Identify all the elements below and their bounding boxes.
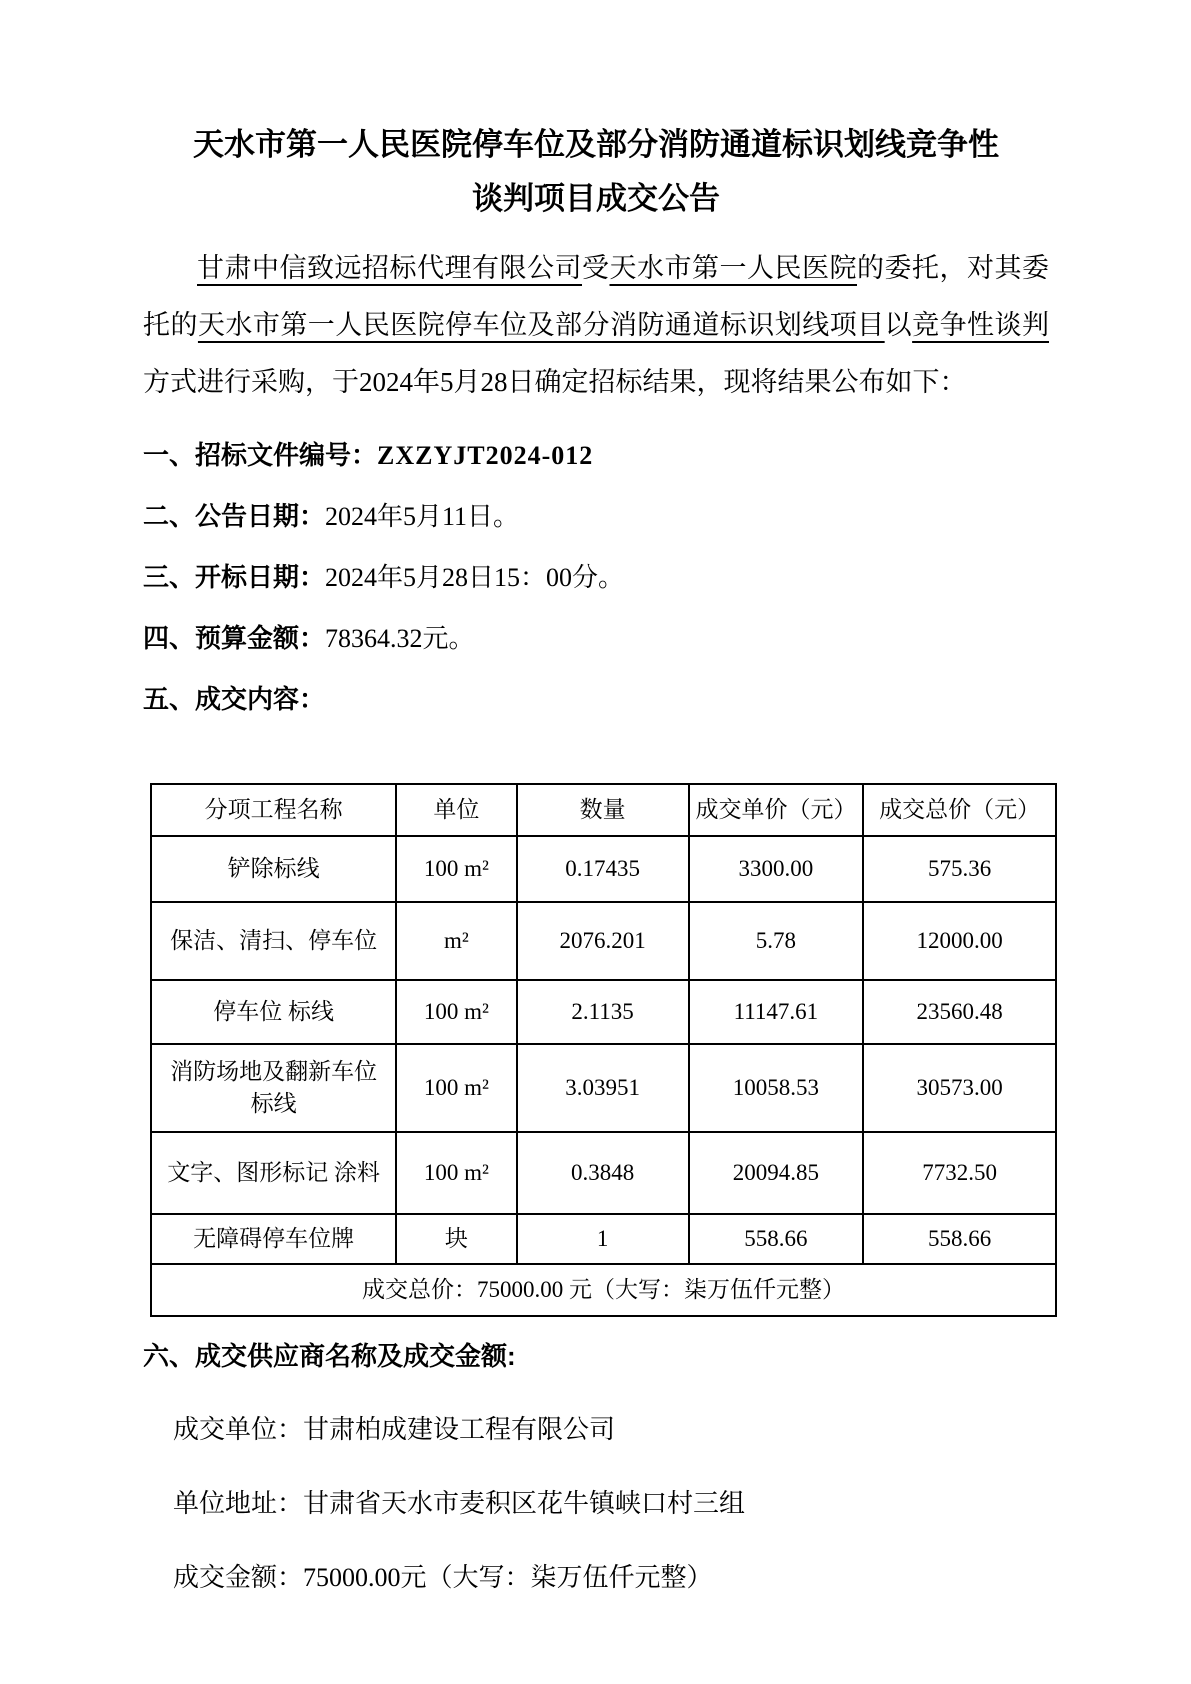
table-row: 保洁、清扫、停车位m²2076.2015.7812000.00 — [151, 902, 1056, 980]
table-cell: 558.66 — [863, 1214, 1056, 1264]
table-cell: m² — [396, 902, 516, 980]
table-cell: 2.1135 — [517, 980, 689, 1044]
table-header-cell: 单位 — [396, 784, 516, 836]
intro-segment-underlined: 天水市第一人民医院停车位及部分消防通道标识划线项目 — [198, 310, 885, 340]
table-cell: 2076.201 — [517, 902, 689, 980]
table-cell: 0.3848 — [517, 1132, 689, 1214]
table-cell: 575.36 — [863, 836, 1056, 902]
table-cell: 30573.00 — [863, 1044, 1056, 1132]
table-total-row: 成交总价：75000.00 元（大写：柒万伍仟元整） — [151, 1264, 1056, 1316]
intro-paragraph: 甘肃中信致远招标代理有限公司受天水市第一人民医院的委托，对其委托的天水市第一人民… — [143, 240, 1049, 411]
table-cell: 558.66 — [689, 1214, 864, 1264]
table-cell: 停车位 标线 — [151, 980, 396, 1044]
table-total-cell: 成交总价：75000.00 元（大写：柒万伍仟元整） — [151, 1264, 1056, 1316]
document-title-line2: 谈判项目成交公告 — [143, 172, 1049, 226]
table-header-cell: 分项工程名称 — [151, 784, 396, 836]
table-cell: 5.78 — [689, 902, 864, 980]
table-cell: 消防场地及翻新车位 标线 — [151, 1044, 396, 1132]
section-line: 二、公告日期：2024年5月11日。 — [143, 499, 1049, 534]
table-cell: 10058.53 — [689, 1044, 864, 1132]
table-cell: 100 m² — [396, 980, 516, 1044]
table-cell: 0.17435 — [517, 836, 689, 902]
section-label: 二、公告日期： — [143, 501, 325, 531]
section-value: 2024年5月11日。 — [325, 502, 519, 531]
table-row: 消防场地及翻新车位 标线100 m²3.0395110058.5330573.0… — [151, 1044, 1056, 1132]
document-title: 天水市第一人民医院停车位及部分消防通道标识划线竞争性 谈判项目成交公告 — [143, 118, 1049, 226]
section-label: 三、开标日期： — [143, 562, 325, 592]
table-cell: 7732.50 — [863, 1132, 1056, 1214]
section-value: 78364.32元。 — [325, 624, 475, 653]
section-label: 五、成交内容： — [143, 684, 325, 714]
intro-segment-underlined: 竞争性谈判 — [912, 310, 1049, 340]
document-title-line1: 天水市第一人民医院停车位及部分消防通道标识划线竞争性 — [143, 118, 1049, 172]
table-cell: 文字、图形标记 涂料 — [151, 1132, 396, 1214]
deal-table: 分项工程名称单位数量成交单价（元）成交总价（元） 铲除标线100 m²0.174… — [150, 783, 1057, 1317]
table-cell: 无障碍停车位牌 — [151, 1214, 396, 1264]
table-cell: 铲除标线 — [151, 836, 396, 902]
table-cell: 20094.85 — [689, 1132, 864, 1214]
table-header-cell: 成交总价（元） — [863, 784, 1056, 836]
section-line: 四、预算金额：78364.32元。 — [143, 621, 1049, 656]
table-cell: 块 — [396, 1214, 516, 1264]
section-value: ZXZYJT2024-012 — [377, 441, 593, 470]
table-header-cell: 成交单价（元） — [689, 784, 864, 836]
supplier-line: 成交金额：75000.00元（大写：柒万伍仟元整） — [173, 1561, 1049, 1595]
table-row: 无障碍停车位牌块1558.66558.66 — [151, 1214, 1056, 1264]
table-row: 停车位 标线100 m²2.113511147.6123560.48 — [151, 980, 1056, 1044]
intro-segment: 以 — [885, 310, 912, 340]
supplier-line: 单位地址：甘肃省天水市麦积区花牛镇峡口村三组 — [173, 1487, 1049, 1521]
section-line: 五、成交内容： — [143, 682, 1049, 717]
section-label: 一、招标文件编号： — [143, 440, 377, 470]
table-cell: 100 m² — [396, 836, 516, 902]
document-page: 天水市第一人民医院停车位及部分消防通道标识划线竞争性 谈判项目成交公告 甘肃中信… — [0, 0, 1191, 1684]
table-cell: 3300.00 — [689, 836, 864, 902]
section-label: 四、预算金额： — [143, 623, 325, 653]
intro-segment-underlined: 甘肃中信致远招标代理有限公司 — [197, 253, 582, 283]
intro-segment-underlined: 天水市第一人民医院 — [610, 253, 858, 283]
table-header-cell: 数量 — [517, 784, 689, 836]
table-cell: 保洁、清扫、停车位 — [151, 902, 396, 980]
section-line: 三、开标日期：2024年5月28日15：00分。 — [143, 560, 1049, 595]
section-line: 一、招标文件编号：ZXZYJT2024-012 — [143, 438, 1049, 473]
deal-table-head: 分项工程名称单位数量成交单价（元）成交总价（元） — [151, 784, 1056, 836]
table-cell: 1 — [517, 1214, 689, 1264]
table-row: 文字、图形标记 涂料100 m²0.384820094.857732.50 — [151, 1132, 1056, 1214]
supplier-info: 成交单位：甘肃柏成建设工程有限公司单位地址：甘肃省天水市麦积区花牛镇峡口村三组成… — [173, 1413, 1049, 1595]
table-header-row: 分项工程名称单位数量成交单价（元）成交总价（元） — [151, 784, 1056, 836]
table-cell: 23560.48 — [863, 980, 1056, 1044]
table-cell: 12000.00 — [863, 902, 1056, 980]
intro-segment: 受 — [582, 253, 610, 283]
table-cell: 3.03951 — [517, 1044, 689, 1132]
section6-heading: 六、成交供应商名称及成交金额: — [143, 1339, 1049, 1373]
table-row: 铲除标线100 m²0.174353300.00575.36 — [151, 836, 1056, 902]
intro-segment: 方式进行采购，于2024年5月28日确定招标结果，现将结果公布如下： — [143, 367, 967, 397]
table-cell: 100 m² — [396, 1132, 516, 1214]
numbered-sections: 一、招标文件编号：ZXZYJT2024-012二、公告日期：2024年5月11日… — [143, 438, 1049, 717]
deal-table-body: 铲除标线100 m²0.174353300.00575.36保洁、清扫、停车位m… — [151, 836, 1056, 1316]
table-cell: 11147.61 — [689, 980, 864, 1044]
table-cell: 100 m² — [396, 1044, 516, 1132]
section-value: 2024年5月28日15：00分。 — [325, 563, 624, 592]
supplier-line: 成交单位：甘肃柏成建设工程有限公司 — [173, 1413, 1049, 1447]
